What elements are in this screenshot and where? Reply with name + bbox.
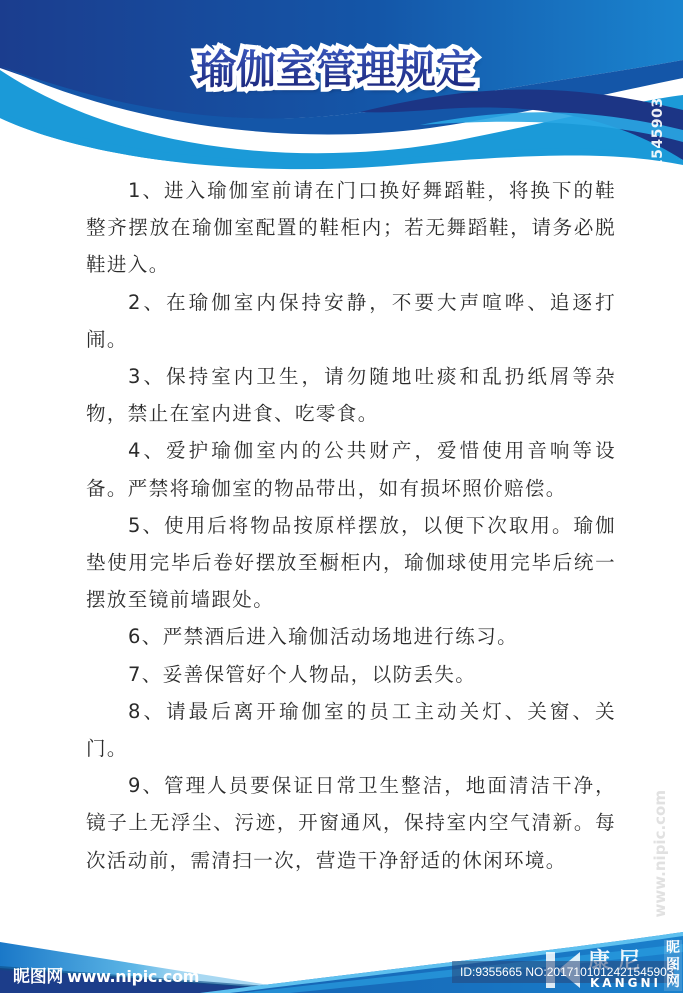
footer-site-url: www.nipic.com: [67, 967, 199, 986]
watermark-side-id: 20171010124215459034: [650, 12, 666, 292]
brand-en: KANGNI: [590, 976, 661, 990]
rule-item-3: 3、保持室内卫生，请勿随地吐痰和乱扔纸屑等杂物，禁止在室内进食、吃零食。: [86, 358, 616, 432]
rule-item-7: 7、妥善保管好个人物品，以防丢失。: [86, 656, 616, 693]
rule-item-8: 8、请最后离开瑜伽室的员工主动关灯、关窗、关门。: [86, 693, 616, 767]
rule-item-4: 4、爱护瑜伽室内的公共财产，爱惜使用音响等设备。严禁将瑜伽室的物品带出，如有损坏…: [86, 432, 616, 506]
page-title: 瑜伽室管理规定: [186, 40, 486, 92]
footer-watermark-site: 昵图网www.nipic.com: [13, 962, 199, 987]
footer-site-cn: 昵图网: [13, 967, 63, 987]
rule-item-6: 6、严禁酒后进入瑜伽活动场地进行练习。: [86, 618, 616, 655]
watermark-side-cn: 昵图网: [664, 940, 682, 991]
rule-item-9: 9、管理人员要保证日常卫生整洁，地面清洁干净，镜子上无浮尘、污迹，开窗通风，保持…: [86, 767, 616, 879]
rule-item-2: 2、在瑜伽室内保持安静，不要大声喧哗、追逐打闹。: [86, 284, 616, 358]
rule-item-5: 5、使用后将物品按原样摆放，以便下次取用。瑜伽垫使用完毕后卷好摆放至橱柜内，瑜伽…: [86, 507, 616, 619]
rule-item-1: 1、进入瑜伽室前请在门口换好舞蹈鞋，将换下的鞋整齐摆放在瑜伽室配置的鞋柜内；若无…: [86, 172, 616, 284]
rules-list: 1、进入瑜伽室前请在门口换好舞蹈鞋，将换下的鞋整齐摆放在瑜伽室配置的鞋柜内；若无…: [86, 172, 616, 879]
watermark-side-site: www.nipic.com: [651, 790, 669, 917]
